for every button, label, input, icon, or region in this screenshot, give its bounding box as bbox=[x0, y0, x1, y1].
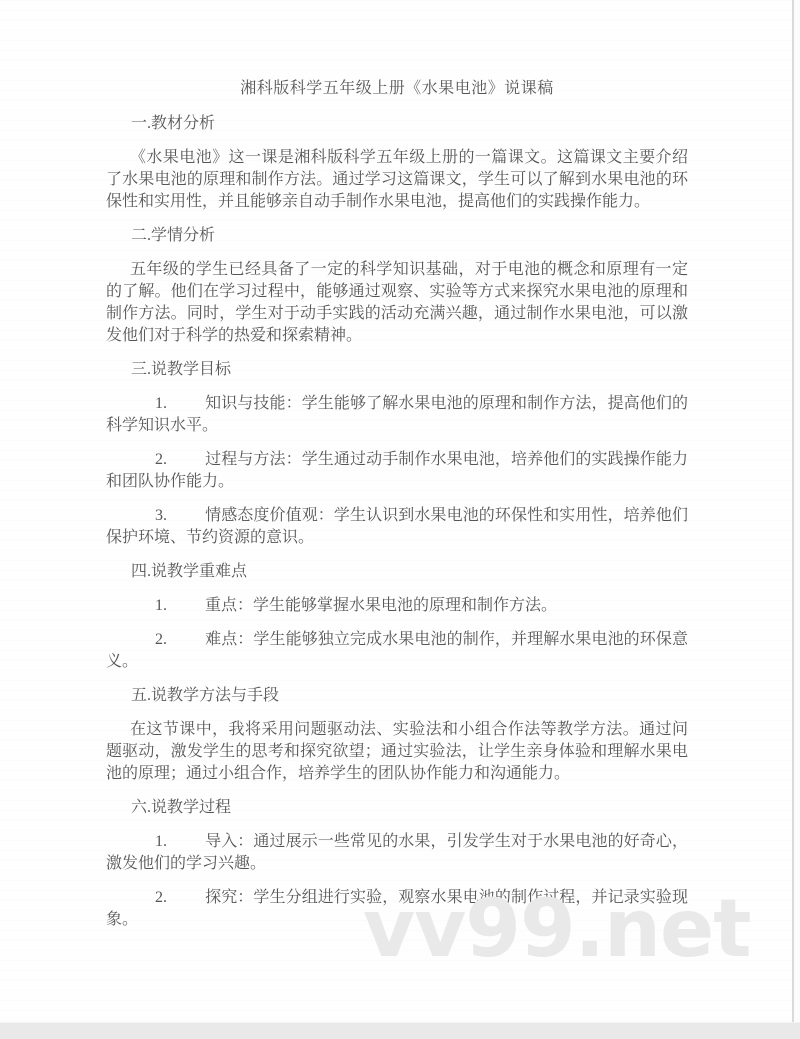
list-item-text: 重点：学生能够掌握水果电池的原理和制作方法。 bbox=[205, 597, 557, 614]
doc-paragraph: 《水果电池》这一课是湘科版科学五年级上册的一篇课文。这篇课文主要介绍了水果电池的… bbox=[106, 147, 688, 213]
page-right-edge-line bbox=[792, 0, 794, 1022]
list-item-number: 2. bbox=[155, 887, 205, 909]
list-item-number: 1. bbox=[155, 393, 205, 415]
document-content: 湘科版科学五年级上册《水果电池》说课稿 一.教材分析《水果电池》这一课是湘科版科… bbox=[106, 78, 688, 943]
doc-heading: 五.说教学方法与手段 bbox=[106, 685, 688, 707]
vertical-scrollbar-track[interactable] bbox=[794, 0, 800, 1022]
horizontal-scrollbar-track[interactable] bbox=[0, 1022, 800, 1039]
document-blocks: 一.教材分析《水果电池》这一课是湘科版科学五年级上册的一篇课文。这篇课文主要介绍… bbox=[106, 113, 688, 931]
list-item-number: 1. bbox=[155, 595, 205, 617]
doc-list-item: 1.知识与技能：学生能够了解水果电池的原理和制作方法，提高他们的科学知识水平。 bbox=[106, 393, 688, 437]
doc-heading: 二.学情分析 bbox=[106, 225, 688, 247]
doc-paragraph: 在这节课中，我将采用问题驱动法、实验法和小组合作法等教学方法。通过问题驱动，激发… bbox=[106, 719, 688, 785]
doc-list-item: 1.导入：通过展示一些常见的水果，引发学生对于水果电池的好奇心，激发他们的学习兴… bbox=[106, 831, 688, 875]
doc-list-item: 3.情感态度价值观：学生认识到水果电池的环保性和实用性，培养他们保护环境、节约资… bbox=[106, 505, 688, 549]
doc-list-item: 2.难点：学生能够独立完成水果电池的制作，并理解水果电池的环保意义。 bbox=[106, 629, 688, 673]
doc-heading: 四.说教学重难点 bbox=[106, 561, 688, 583]
doc-heading: 六.说教学过程 bbox=[106, 797, 688, 819]
list-item-number: 3. bbox=[155, 505, 205, 527]
doc-heading: 三.说教学目标 bbox=[106, 359, 688, 381]
doc-list-item: 2.过程与方法：学生通过动手制作水果电池，培养他们的实践操作能力和团队协作能力。 bbox=[106, 449, 688, 493]
document-viewer: 湘科版科学五年级上册《水果电池》说课稿 一.教材分析《水果电池》这一课是湘科版科… bbox=[0, 0, 800, 1039]
list-item-number: 1. bbox=[155, 831, 205, 853]
list-item-number: 2. bbox=[155, 629, 205, 651]
list-item-number: 2. bbox=[155, 449, 205, 471]
doc-heading: 一.教材分析 bbox=[106, 113, 688, 135]
document-title: 湘科版科学五年级上册《水果电池》说课稿 bbox=[106, 78, 688, 100]
doc-paragraph: 五年级的学生已经具备了一定的科学知识基础，对于电池的概念和原理有一定的了解。他们… bbox=[106, 259, 688, 347]
watermark-text: vv99.net bbox=[363, 889, 750, 969]
doc-list-item: 1.重点：学生能够掌握水果电池的原理和制作方法。 bbox=[106, 595, 688, 617]
document-page: 湘科版科学五年级上册《水果电池》说课稿 一.教材分析《水果电池》这一课是湘科版科… bbox=[0, 0, 793, 1022]
